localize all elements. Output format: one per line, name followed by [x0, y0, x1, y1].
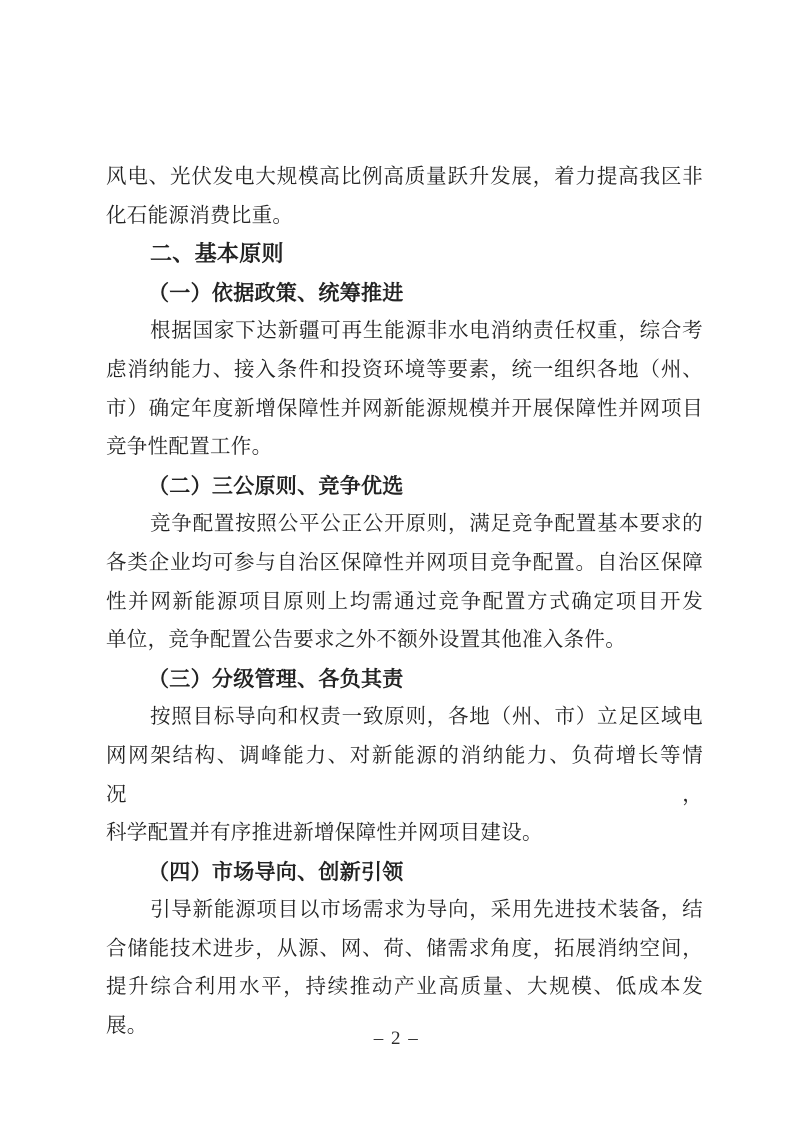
- paragraph-line: 网网架结构、调峰能力、对新能源的消纳能力、负荷增长等情况，: [106, 737, 703, 814]
- paragraph-line: 单位，竞争配置公告要求之外不额外设置其他准入条件。: [106, 621, 703, 660]
- paragraph-line: 根据国家下达新疆可再生能源非水电消纳责任权重，综合考: [106, 312, 703, 351]
- paragraph-line: 风电、光伏发电大规模高比例高质量跃升发展，着力提高我区非: [106, 158, 703, 197]
- document-content: 风电、光伏发电大规模高比例高质量跃升发展，着力提高我区非 化石能源消费比重。 二…: [106, 158, 703, 1046]
- subsection-heading-2: （二）三公原则、竞争优选: [106, 467, 703, 506]
- paragraph-line: 引导新能源项目以市场需求为导向，采用先进技术装备，结: [106, 891, 703, 930]
- paragraph-line: 虑消纳能力、接入条件和投资环境等要素，统一组织各地（州、: [106, 351, 703, 390]
- paragraph-line: 各类企业均可参与自治区保障性并网项目竞争配置。自治区保障: [106, 544, 703, 583]
- paragraph-line: 化石能源消费比重。: [106, 197, 703, 236]
- paragraph-line: 合储能技术进步，从源、网、荷、储需求角度，拓展消纳空间，: [106, 930, 703, 969]
- document-page: 风电、光伏发电大规模高比例高质量跃升发展，着力提高我区非 化石能源消费比重。 二…: [0, 0, 793, 1122]
- paragraph-line: 竞争性配置工作。: [106, 428, 703, 467]
- subsection-heading-3: （三）分级管理、各负其责: [106, 660, 703, 699]
- subsection-heading-4: （四）市场导向、创新引领: [106, 853, 703, 892]
- paragraph-line: 按照目标导向和权责一致原则，各地（州、市）立足区域电: [106, 698, 703, 737]
- section-heading: 二、基本原则: [106, 235, 703, 274]
- paragraph-line: 性并网新能源项目原则上均需通过竞争配置方式确定项目开发: [106, 583, 703, 622]
- paragraph-line: 市）确定年度新增保障性并网新能源规模并开展保障性并网项目: [106, 390, 703, 429]
- paragraph-line: 竞争配置按照公平公正公开原则，满足竞争配置基本要求的: [106, 505, 703, 544]
- paragraph-line: 科学配置并有序推进新增保障性并网项目建设。: [106, 814, 703, 853]
- subsection-heading-1: （一）依据政策、统筹推进: [106, 274, 703, 313]
- page-number: – 2 –: [0, 1028, 793, 1050]
